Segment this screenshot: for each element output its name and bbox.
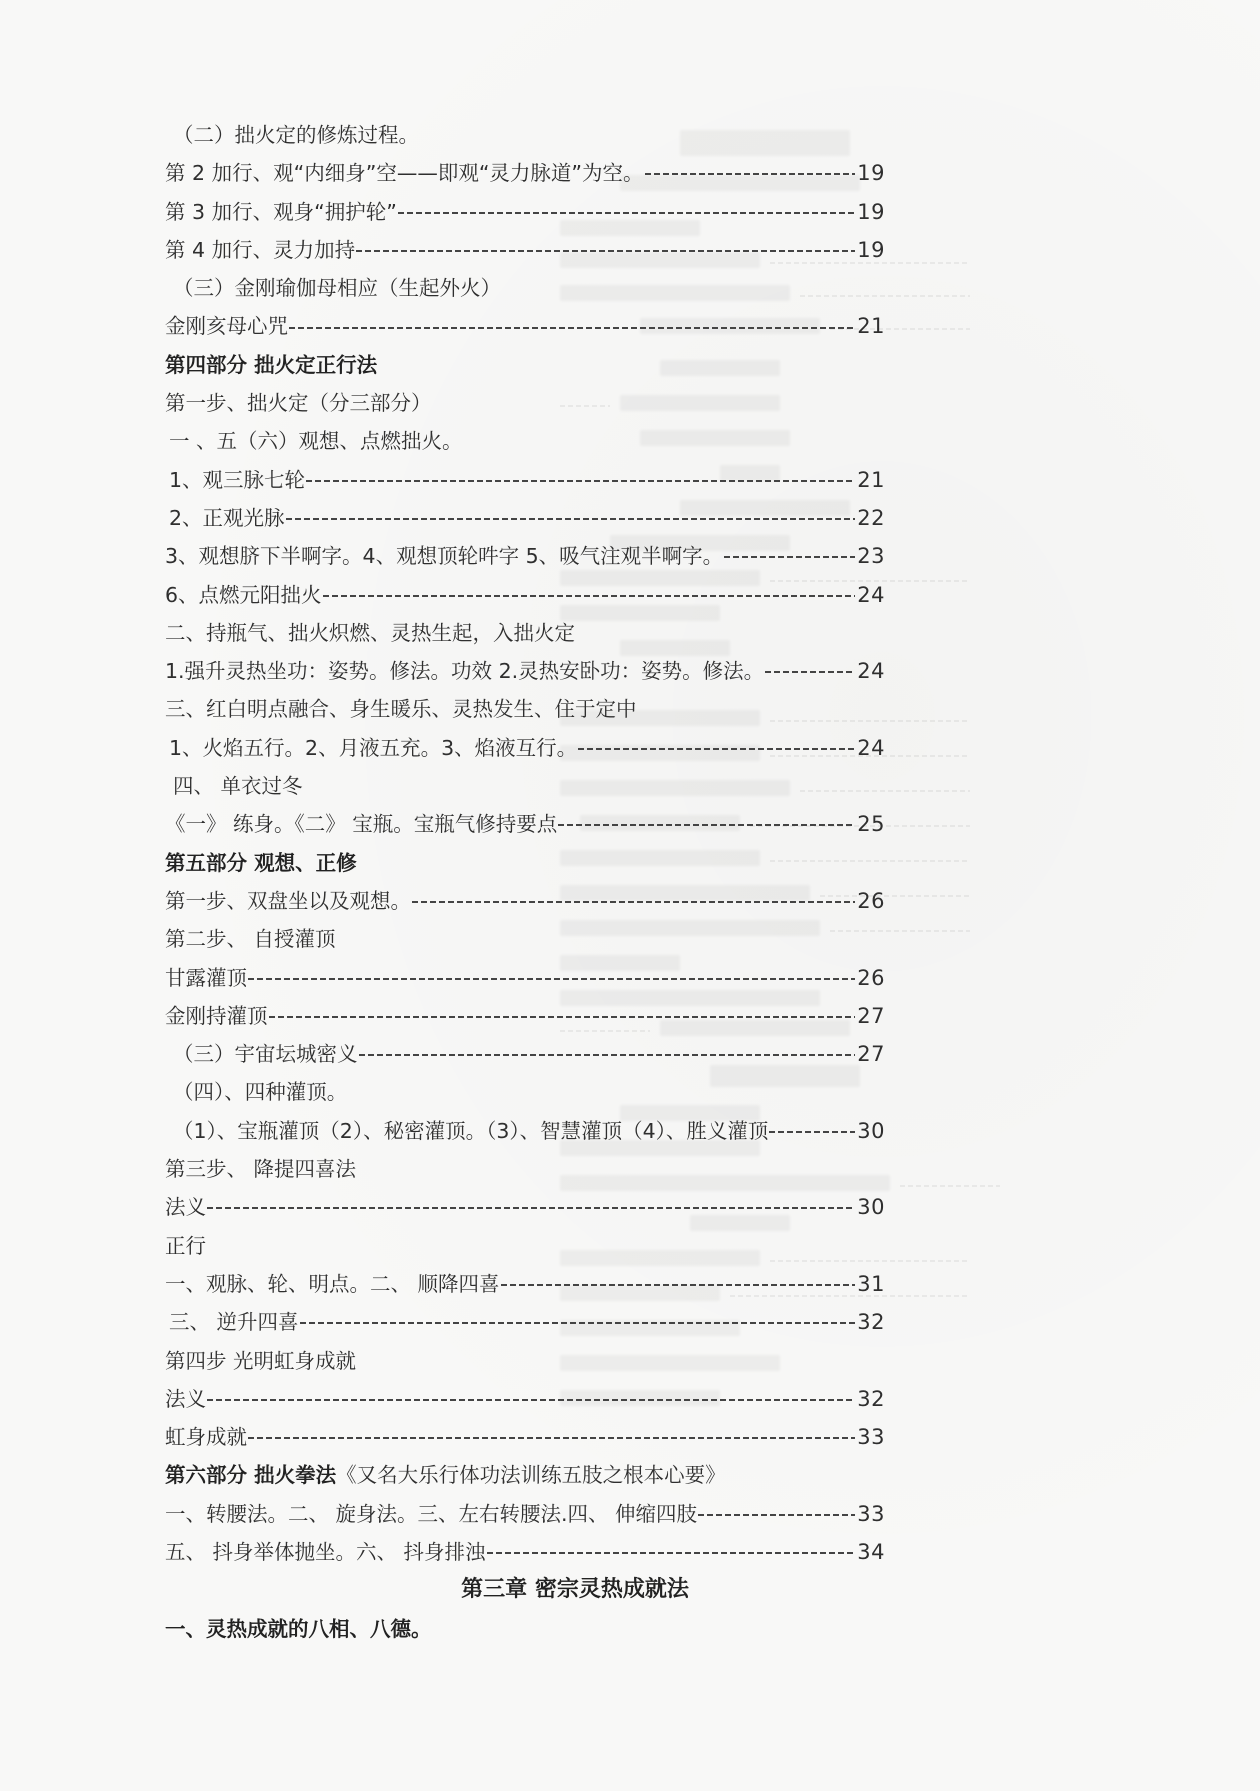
scanned-page: （二）拙火定的修炼过程。第 2 加行、观“内细身”空——即观“灵力脉道”为空。1… <box>0 0 1260 1791</box>
toc-entry-title: 金刚持灌顶 <box>165 997 268 1035</box>
toc-page-number: 26 <box>857 882 885 920</box>
toc-entry: 一 、五（六）观想、点燃拙火。 <box>165 422 885 460</box>
section-heading: 一、灵热成就的八相、八德。 <box>165 1610 885 1648</box>
toc-entry-title: （1）、宝瓶灌顶（2）、秘密灌顶。（3）、智慧灌顶（4）、胜义灌顶 <box>173 1112 768 1150</box>
toc-entry-title: 法义 <box>165 1380 206 1418</box>
toc-entry-title: 《一》 练身。《二》 宝瓶。宝瓶气修持要点 <box>165 805 557 843</box>
toc-entry-title: 虹身成就 <box>165 1418 247 1456</box>
toc-page-number: 33 <box>857 1495 885 1533</box>
toc-entry-title: 法义 <box>165 1188 206 1226</box>
dot-leader <box>286 518 856 520</box>
toc-entry: 1、火焰五行。2、月液五充。3、焰液互行。24 <box>165 729 885 767</box>
dot-leader <box>698 1514 855 1516</box>
toc-page-number: 24 <box>857 576 885 614</box>
table-of-contents: （二）拙火定的修炼过程。第 2 加行、观“内细身”空——即观“灵力脉道”为空。1… <box>165 116 885 1648</box>
toc-entry-title: 三、红白明点融合、身生暖乐、灵热发生、住于定中 <box>165 690 637 728</box>
toc-entry: （1）、宝瓶灌顶（2）、秘密灌顶。（3）、智慧灌顶（4）、胜义灌顶30 <box>165 1112 885 1150</box>
dot-leader <box>248 1437 855 1439</box>
toc-entry-title: 第一步、双盘坐以及观想。 <box>165 882 411 920</box>
toc-entry: 金刚持灌顶27 <box>165 997 885 1035</box>
toc-entry-title: 2、正观光脉 <box>169 499 285 537</box>
toc-entry: 法义32 <box>165 1380 885 1418</box>
toc-entry: 甘露灌顶26 <box>165 959 885 997</box>
toc-entry: 金刚亥母心咒21 <box>165 307 885 345</box>
dot-leader <box>558 824 855 826</box>
chapter-heading: 第三章 密宗灵热成就法 <box>165 1571 885 1609</box>
dot-leader <box>578 748 855 750</box>
dot-leader <box>765 671 855 673</box>
dot-leader <box>724 556 855 558</box>
dot-leader <box>207 1399 855 1401</box>
dot-leader <box>300 1322 856 1324</box>
toc-page-number: 34 <box>857 1533 885 1571</box>
toc-entry-title: 四、 单衣过冬 <box>173 767 303 805</box>
toc-entry-title: 一、观脉、轮、明点。二、 顺降四喜 <box>165 1265 500 1303</box>
toc-entry: 第四部分 拙火定正行法 <box>165 346 885 384</box>
toc-entry: 二、持瓶气、拙火炽燃、灵热生起，入拙火定 <box>165 614 885 652</box>
toc-entry: 6、点燃元阳拙火24 <box>165 576 885 614</box>
toc-entry: 第二步、 自授灌顶 <box>165 920 885 958</box>
toc-page-number: 19 <box>857 231 885 269</box>
toc-entry-title: 第五部分 观想、正修 <box>165 844 357 882</box>
toc-page-number: 30 <box>857 1188 885 1226</box>
toc-page-number: 32 <box>857 1380 885 1418</box>
toc-entry-subtitle: 《又名大乐行体功法训练五肢之根本心要》 <box>336 1456 726 1494</box>
toc-entry: 法义30 <box>165 1188 885 1226</box>
toc-entry-title: 1、火焰五行。2、月液五充。3、焰液互行。 <box>169 729 577 767</box>
toc-entry: （二）拙火定的修炼过程。 <box>165 116 885 154</box>
toc-entry: 第四步 光明虹身成就 <box>165 1342 885 1380</box>
toc-entry-title: 第四步 光明虹身成就 <box>165 1342 356 1380</box>
toc-entry: （三）金刚瑜伽母相应（生起外火） <box>165 269 885 307</box>
toc-entry-title: 甘露灌顶 <box>165 959 247 997</box>
toc-entry-title: 1、观三脉七轮 <box>169 461 305 499</box>
toc-entry-title: 第一步、拙火定（分三部分） <box>165 384 432 422</box>
toc-entry: 第一步、双盘坐以及观想。26 <box>165 882 885 920</box>
dot-leader <box>359 1054 856 1056</box>
toc-entry: 第六部分 拙火拳法《又名大乐行体功法训练五肢之根本心要》 <box>165 1456 885 1494</box>
toc-entry: 一、转腰法。二、 旋身法。三、左右转腰法.四、 伸缩四肢33 <box>165 1495 885 1533</box>
toc-entry: 一、观脉、轮、明点。二、 顺降四喜31 <box>165 1265 885 1303</box>
toc-entry-title: 第 4 加行、灵力加持 <box>165 231 355 269</box>
toc-entry-title: 1.强升灵热坐功：姿势。修法。功效 2.灵热安卧功：姿势。修法。 <box>165 652 764 690</box>
toc-entry-title: 第三步、 降提四喜法 <box>165 1150 356 1188</box>
toc-entry: 虹身成就33 <box>165 1418 885 1456</box>
toc-page-number: 27 <box>857 997 885 1035</box>
toc-entry-title: 6、点燃元阳拙火 <box>165 576 322 614</box>
toc-entry: 三、 逆升四喜32 <box>165 1303 885 1341</box>
dot-leader <box>289 327 855 329</box>
toc-page-number: 21 <box>857 307 885 345</box>
toc-entry-title: 第二步、 自授灌顶 <box>165 920 336 958</box>
dot-leader <box>207 1207 855 1209</box>
dot-leader <box>269 1016 856 1018</box>
toc-entry-title: 一、转腰法。二、 旋身法。三、左右转腰法.四、 伸缩四肢 <box>165 1495 697 1533</box>
toc-entry: 三、红白明点融合、身生暖乐、灵热发生、住于定中 <box>165 690 885 728</box>
toc-entry-title: 二、持瓶气、拙火炽燃、灵热生起，入拙火定 <box>165 614 575 652</box>
toc-entry-title: 金刚亥母心咒 <box>165 307 288 345</box>
dot-leader <box>323 595 856 597</box>
toc-entry: （三）宇宙坛城密义27 <box>165 1035 885 1073</box>
toc-entry: 第五部分 观想、正修 <box>165 844 885 882</box>
toc-page-number: 24 <box>857 652 885 690</box>
toc-page-number: 30 <box>857 1112 885 1150</box>
toc-entry: 正行 <box>165 1227 885 1265</box>
toc-page-number: 31 <box>857 1265 885 1303</box>
dot-leader <box>487 1552 856 1554</box>
toc-entry: 第 2 加行、观“内细身”空——即观“灵力脉道”为空。19 <box>165 154 885 192</box>
toc-page-number: 23 <box>857 537 885 575</box>
toc-entry: 四、 单衣过冬 <box>165 767 885 805</box>
toc-entry-title: 第四部分 拙火定正行法 <box>165 346 377 384</box>
toc-page-number: 25 <box>857 805 885 843</box>
toc-entry: 第 4 加行、灵力加持19 <box>165 231 885 269</box>
toc-page-number: 27 <box>857 1035 885 1073</box>
dot-leader <box>248 978 855 980</box>
toc-page-number: 22 <box>857 499 885 537</box>
toc-entry-title: （四）、四种灌顶。 <box>173 1073 347 1111</box>
toc-page-number: 19 <box>857 193 885 231</box>
toc-page-number: 21 <box>857 461 885 499</box>
toc-entry-title: 一 、五（六）观想、点燃拙火。 <box>169 422 463 460</box>
toc-entry: （四）、四种灌顶。 <box>165 1073 885 1111</box>
toc-entry-title-bold: 第六部分 拙火拳法 <box>165 1456 336 1494</box>
toc-page-number: 26 <box>857 959 885 997</box>
toc-entry: 1.强升灵热坐功：姿势。修法。功效 2.灵热安卧功：姿势。修法。24 <box>165 652 885 690</box>
toc-entry: 2、正观光脉22 <box>165 499 885 537</box>
toc-entry-title: 3、观想脐下半啊字。4、观想顶轮吽字 5、吸气注观半啊字。 <box>165 537 723 575</box>
toc-entry: 第三步、 降提四喜法 <box>165 1150 885 1188</box>
toc-entry: 第 3 加行、观身“拥护轮”19 <box>165 193 885 231</box>
toc-page-number: 32 <box>857 1303 885 1341</box>
dot-leader <box>501 1284 856 1286</box>
toc-entry-title: （三）金刚瑜伽母相应（生起外火） <box>173 269 501 307</box>
toc-entry: 五、 抖身举体抛坐。六、 抖身排浊34 <box>165 1533 885 1571</box>
dot-leader <box>412 901 855 903</box>
toc-entry-title: （二）拙火定的修炼过程。 <box>173 116 419 154</box>
dot-leader <box>356 250 855 252</box>
toc-entry: 3、观想脐下半啊字。4、观想顶轮吽字 5、吸气注观半啊字。23 <box>165 537 885 575</box>
toc-entry-title: 三、 逆升四喜 <box>169 1303 299 1341</box>
toc-entry-title: 五、 抖身举体抛坐。六、 抖身排浊 <box>165 1533 486 1571</box>
toc-entry: 第一步、拙火定（分三部分） <box>165 384 885 422</box>
toc-page-number: 33 <box>857 1418 885 1456</box>
toc-page-number: 19 <box>857 154 885 192</box>
toc-entry-title: 正行 <box>165 1227 206 1265</box>
dot-leader <box>398 212 855 214</box>
dot-leader <box>306 480 855 482</box>
toc-entry-title: 第 3 加行、观身“拥护轮” <box>165 193 397 231</box>
toc-entry-title: 第 2 加行、观“内细身”空——即观“灵力脉道”为空。 <box>165 154 644 192</box>
toc-entry-title: （三）宇宙坛城密义 <box>173 1035 358 1073</box>
toc-entry: 1、观三脉七轮21 <box>165 461 885 499</box>
dot-leader <box>769 1131 855 1133</box>
toc-page-number: 24 <box>857 729 885 767</box>
dot-leader <box>645 173 856 175</box>
toc-entry: 《一》 练身。《二》 宝瓶。宝瓶气修持要点25 <box>165 805 885 843</box>
